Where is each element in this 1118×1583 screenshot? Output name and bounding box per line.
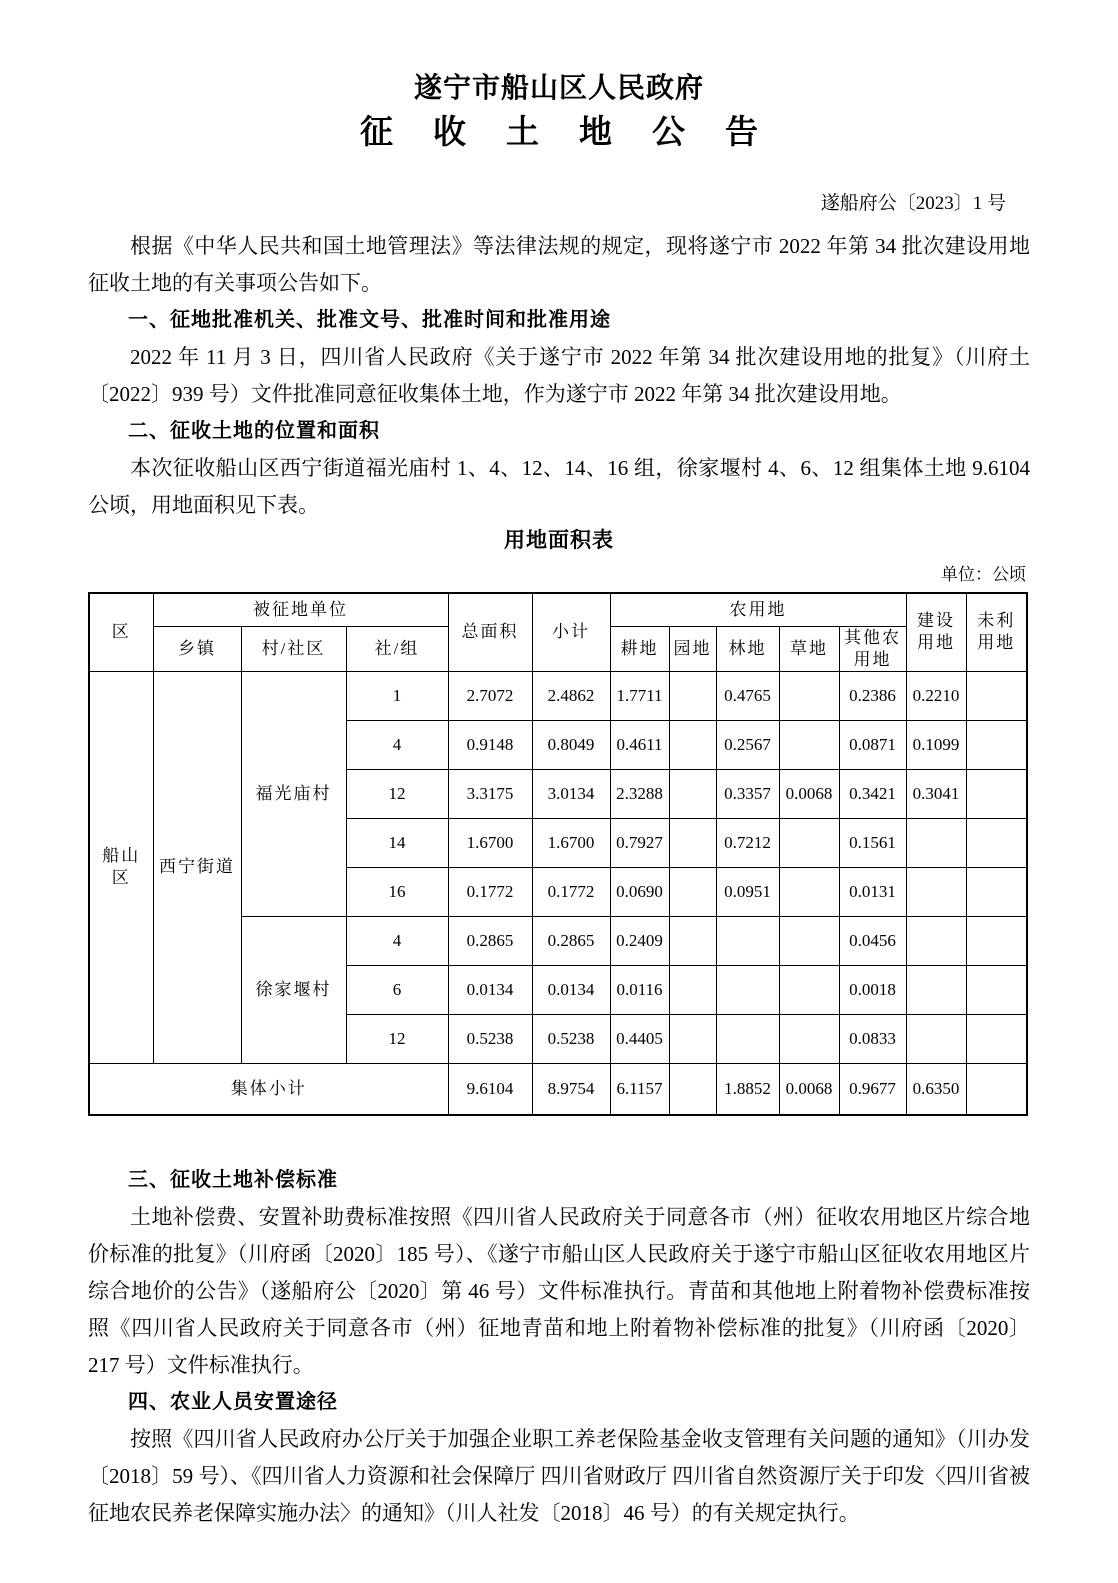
table-cell: 0.0690 xyxy=(610,867,669,916)
header-cultivated-land: 耕地 xyxy=(610,626,669,671)
table-cell: 1.6700 xyxy=(532,818,610,867)
table-cell xyxy=(669,818,716,867)
table-cell: 0.7212 xyxy=(716,818,779,867)
table-cell: 0.2865 xyxy=(532,916,610,965)
table-cell xyxy=(966,1063,1027,1115)
table-cell: 2.4862 xyxy=(532,671,610,720)
table-cell xyxy=(966,1014,1027,1063)
table-cell xyxy=(669,671,716,720)
table-cell: 0.0116 xyxy=(610,965,669,1014)
table-cell: 0.0018 xyxy=(839,965,906,1014)
table-cell: 0.2386 xyxy=(839,671,906,720)
header-garden-land: 园地 xyxy=(669,626,716,671)
table-cell: 0.1772 xyxy=(448,867,532,916)
table-cell: 0.0871 xyxy=(839,720,906,769)
table-cell: 9.6104 xyxy=(448,1063,532,1115)
table-cell: 12 xyxy=(346,1014,448,1063)
section-3-heading: 三、征收土地补偿标准 xyxy=(88,1162,1030,1199)
header-village: 村/社区 xyxy=(241,626,346,671)
section-1-body: 2022 年 11 月 3 日，四川省人民政府《关于遂宁市 2022 年第 34… xyxy=(88,339,1030,413)
table-cell: 0.4611 xyxy=(610,720,669,769)
land-area-table: 区 被征地单位 总面积 小计 农用地 建设用地 未利用地 乡镇 村/社区 社/组… xyxy=(88,592,1028,1116)
table-cell: 0.0134 xyxy=(448,965,532,1014)
table-cell xyxy=(779,916,839,965)
header-subtotal: 小计 xyxy=(532,593,610,671)
header-construction-land: 建设用地 xyxy=(906,593,966,671)
table-cell xyxy=(966,818,1027,867)
table-cell xyxy=(669,720,716,769)
table-cell: 0.3357 xyxy=(716,769,779,818)
table-cell: 14 xyxy=(346,818,448,867)
table-cell: 1.8852 xyxy=(716,1063,779,1115)
table-cell xyxy=(966,867,1027,916)
issuing-authority-title: 遂宁市船山区人民政府 xyxy=(88,72,1030,106)
table-cell xyxy=(906,916,966,965)
table-cell: 0.0833 xyxy=(839,1014,906,1063)
table-cell xyxy=(669,1014,716,1063)
table-cell: 0.0951 xyxy=(716,867,779,916)
section-4-body: 按照《四川省人民政府办公厅关于加强企业职工养老保险基金收支管理有关问题的通知》（… xyxy=(88,1421,1030,1532)
table-cell xyxy=(716,1014,779,1063)
town-cell: 西宁街道 xyxy=(153,671,241,1063)
header-unused-land: 未利用地 xyxy=(966,593,1027,671)
table-cell: 3.3175 xyxy=(448,769,532,818)
table-cell: 0.2210 xyxy=(906,671,966,720)
table-cell: 1 xyxy=(346,671,448,720)
table-cell xyxy=(779,965,839,1014)
table-cell: 0.9677 xyxy=(839,1063,906,1115)
table-cell: 6 xyxy=(346,965,448,1014)
table-cell: 4 xyxy=(346,916,448,965)
table-cell: 0.1561 xyxy=(839,818,906,867)
table-cell: 0.2409 xyxy=(610,916,669,965)
table-cell: 0.0068 xyxy=(779,769,839,818)
table-cell xyxy=(669,916,716,965)
header-expropriated-unit: 被征地单位 xyxy=(153,593,448,626)
table-cell xyxy=(669,867,716,916)
table-cell xyxy=(906,1014,966,1063)
table-cell: 0.5238 xyxy=(532,1014,610,1063)
district-cell: 船山区 xyxy=(89,671,153,1063)
table-cell: 16 xyxy=(346,867,448,916)
table-cell: 0.6350 xyxy=(906,1063,966,1115)
table-cell: 1.6700 xyxy=(448,818,532,867)
table-cell: 6.1157 xyxy=(610,1063,669,1115)
announcement-title: 征收土地公告 xyxy=(88,112,1070,154)
table-cell: 0.3041 xyxy=(906,769,966,818)
announcement-page: 遂宁市船山区人民政府 征收土地公告 遂船府公〔2023〕1 号 根据《中华人民共… xyxy=(0,72,1118,1532)
table-cell xyxy=(779,818,839,867)
collective-subtotal-label: 集体小计 xyxy=(89,1063,448,1115)
table-subtotal-row: 集体小计 9.6104 8.9754 6.1157 1.8852 0.0068 … xyxy=(89,1063,1027,1115)
table-cell xyxy=(966,965,1027,1014)
table-cell xyxy=(906,818,966,867)
table-cell: 0.0068 xyxy=(779,1063,839,1115)
table-cell: 0.1772 xyxy=(532,867,610,916)
table-cell: 3.0134 xyxy=(532,769,610,818)
table-cell xyxy=(779,671,839,720)
section-3-body: 土地补偿费、安置补助费标准按照《四川省人民政府关于同意各市（州）征收农用地区片综… xyxy=(88,1199,1030,1384)
table-cell: 0.0131 xyxy=(839,867,906,916)
table-cell xyxy=(669,965,716,1014)
table-cell xyxy=(966,769,1027,818)
table-cell: 2.3288 xyxy=(610,769,669,818)
intro-paragraph: 根据《中华人民共和国土地管理法》等法律法规的规定，现将遂宁市 2022 年第 3… xyxy=(88,228,1030,302)
header-town: 乡镇 xyxy=(153,626,241,671)
table-cell: 0.4765 xyxy=(716,671,779,720)
table-cell: 0.4405 xyxy=(610,1014,669,1063)
table-header-row-1: 区 被征地单位 总面积 小计 农用地 建设用地 未利用地 xyxy=(89,593,1027,626)
table-cell xyxy=(716,965,779,1014)
document-number: 遂船府公〔2023〕1 号 xyxy=(88,192,1030,216)
table-unit-note: 单位：公顷 xyxy=(88,564,1030,586)
table-cell xyxy=(669,1063,716,1115)
header-group: 社/组 xyxy=(346,626,448,671)
table-cell: 0.7927 xyxy=(610,818,669,867)
table-cell xyxy=(779,1014,839,1063)
table-cell xyxy=(906,965,966,1014)
table-cell xyxy=(966,916,1027,965)
village-cell: 徐家堰村 xyxy=(241,916,346,1063)
header-forest-land: 林地 xyxy=(716,626,779,671)
table-cell: 0.3421 xyxy=(839,769,906,818)
table-cell: 0.1099 xyxy=(906,720,966,769)
header-other-agri-land: 其他农用地 xyxy=(839,626,906,671)
table-row: 船山区 西宁街道 福光庙村 1 2.7072 2.4862 1.7711 0.4… xyxy=(89,671,1027,720)
table-cell: 1.7711 xyxy=(610,671,669,720)
header-grass-land: 草地 xyxy=(779,626,839,671)
header-district: 区 xyxy=(89,593,153,671)
section-2-heading: 二、征收土地的位置和面积 xyxy=(88,413,1030,450)
section-1-heading: 一、征地批准机关、批准文号、批准时间和批准用途 xyxy=(88,302,1030,339)
table-cell xyxy=(966,720,1027,769)
header-total-area: 总面积 xyxy=(448,593,532,671)
table-cell xyxy=(966,671,1027,720)
table-cell xyxy=(669,769,716,818)
table-cell: 0.9148 xyxy=(448,720,532,769)
table-cell: 4 xyxy=(346,720,448,769)
table-cell: 0.8049 xyxy=(532,720,610,769)
table-cell: 12 xyxy=(346,769,448,818)
table-cell: 0.0456 xyxy=(839,916,906,965)
table-cell: 0.5238 xyxy=(448,1014,532,1063)
table-cell xyxy=(779,720,839,769)
table-cell: 8.9754 xyxy=(532,1063,610,1115)
section-4-heading: 四、农业人员安置途径 xyxy=(88,1384,1030,1421)
village-cell: 福光庙村 xyxy=(241,671,346,916)
table-cell xyxy=(716,916,779,965)
table-cell: 0.2865 xyxy=(448,916,532,965)
table-cell xyxy=(779,867,839,916)
table-cell xyxy=(906,867,966,916)
table-title: 用地面积表 xyxy=(88,526,1030,556)
table-cell: 0.2567 xyxy=(716,720,779,769)
table-cell: 0.0134 xyxy=(532,965,610,1014)
table-cell: 2.7072 xyxy=(448,671,532,720)
section-2-body: 本次征收船山区西宁街道福光庙村 1、4、12、14、16 组，徐家堰村 4、6、… xyxy=(88,450,1030,524)
header-agricultural-land: 农用地 xyxy=(610,593,906,626)
